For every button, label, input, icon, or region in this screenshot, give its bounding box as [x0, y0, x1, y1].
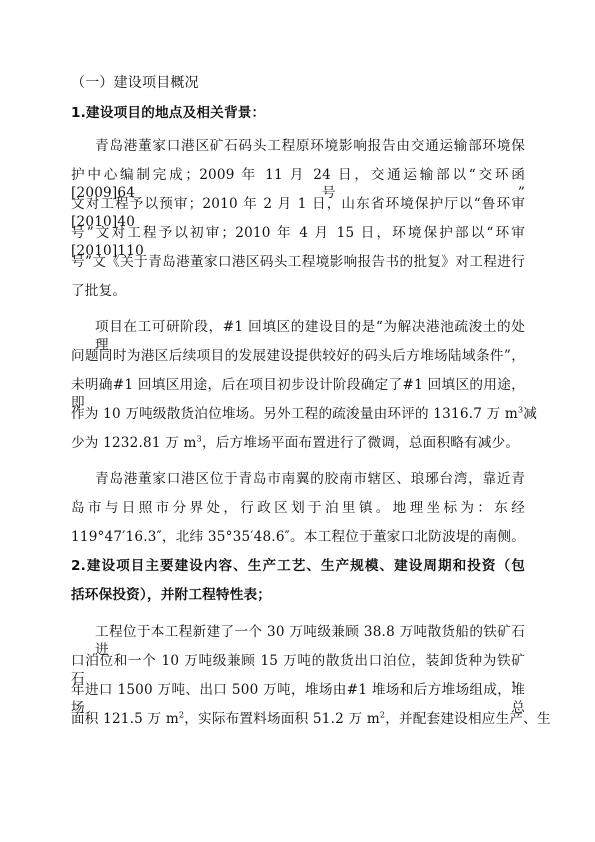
paragraph-line: 面积 121.5 万 m2，实际布置料场面积 51.2 万 m2，并配套建设相应…	[71, 710, 525, 728]
line-text: ，实际布置料场面积 51.2 万 m	[184, 711, 380, 727]
heading-construction-content: 2.建设项目主要建设内容、生产工艺、生产规模、建设周期和投资（包	[71, 557, 525, 575]
heading-location-background: 1.建设项目的地点及相关背景：	[71, 104, 525, 122]
paragraph-line: 作为 10 万吨级散货泊位堆场。另外工程的疏浚量由环评的 1316.7 万 m3…	[71, 405, 525, 423]
heading-construction-content-cont: 括环保投资），并附工程特性表；	[71, 586, 525, 604]
line-text: ，并配套建设相应生产、生	[385, 711, 551, 727]
paragraph-line: 119°47′16.3″，北纬 35°35′48.6″。本工程位于董家口北防波堤…	[71, 528, 525, 546]
paragraph-line: 少为 1232.81 万 m3，后方堆场平面布置进行了微调，总面积略有减少。	[71, 434, 525, 452]
paragraph-line: 号”文《关于青岛港董家口港区码头工程境影响报告书的批复》对工程进行	[71, 253, 525, 271]
paragraph-line: 问题同时为港区后续项目的发展建设提供较好的码头后方堆场陆域条件”，	[71, 347, 525, 365]
line-text: ，后方堆场平面布置进行了微调，总面积略有减少。	[202, 435, 519, 451]
line-text: 作为 10 万吨级散货泊位堆场。另外工程的疏浚量由环评的 1316.7 万 m	[71, 406, 518, 422]
paragraph-line: 岛市与日照市分界处，行政区划于泊里镇。地理坐标为：东经	[71, 499, 525, 517]
section-title: （一）建设项目概况	[71, 74, 525, 92]
paragraph-line: 青岛港董家口港区位于青岛市南翼的胶南市辖区、琅琊台湾，靠近青	[95, 470, 525, 488]
paragraph-line: 青岛港董家口港区矿石码头工程原环境影响报告由交通运输部环境保	[95, 137, 525, 155]
line-text: 少为 1232.81 万 m	[71, 435, 197, 451]
line-text: 面积 121.5 万 m	[71, 711, 179, 727]
paragraph-line: 了批复。	[71, 282, 525, 300]
document-page: （一）建设项目概况 1.建设项目的地点及相关背景： 青岛港董家口港区矿石码头工程…	[0, 0, 595, 842]
line-text: 减	[523, 406, 537, 422]
